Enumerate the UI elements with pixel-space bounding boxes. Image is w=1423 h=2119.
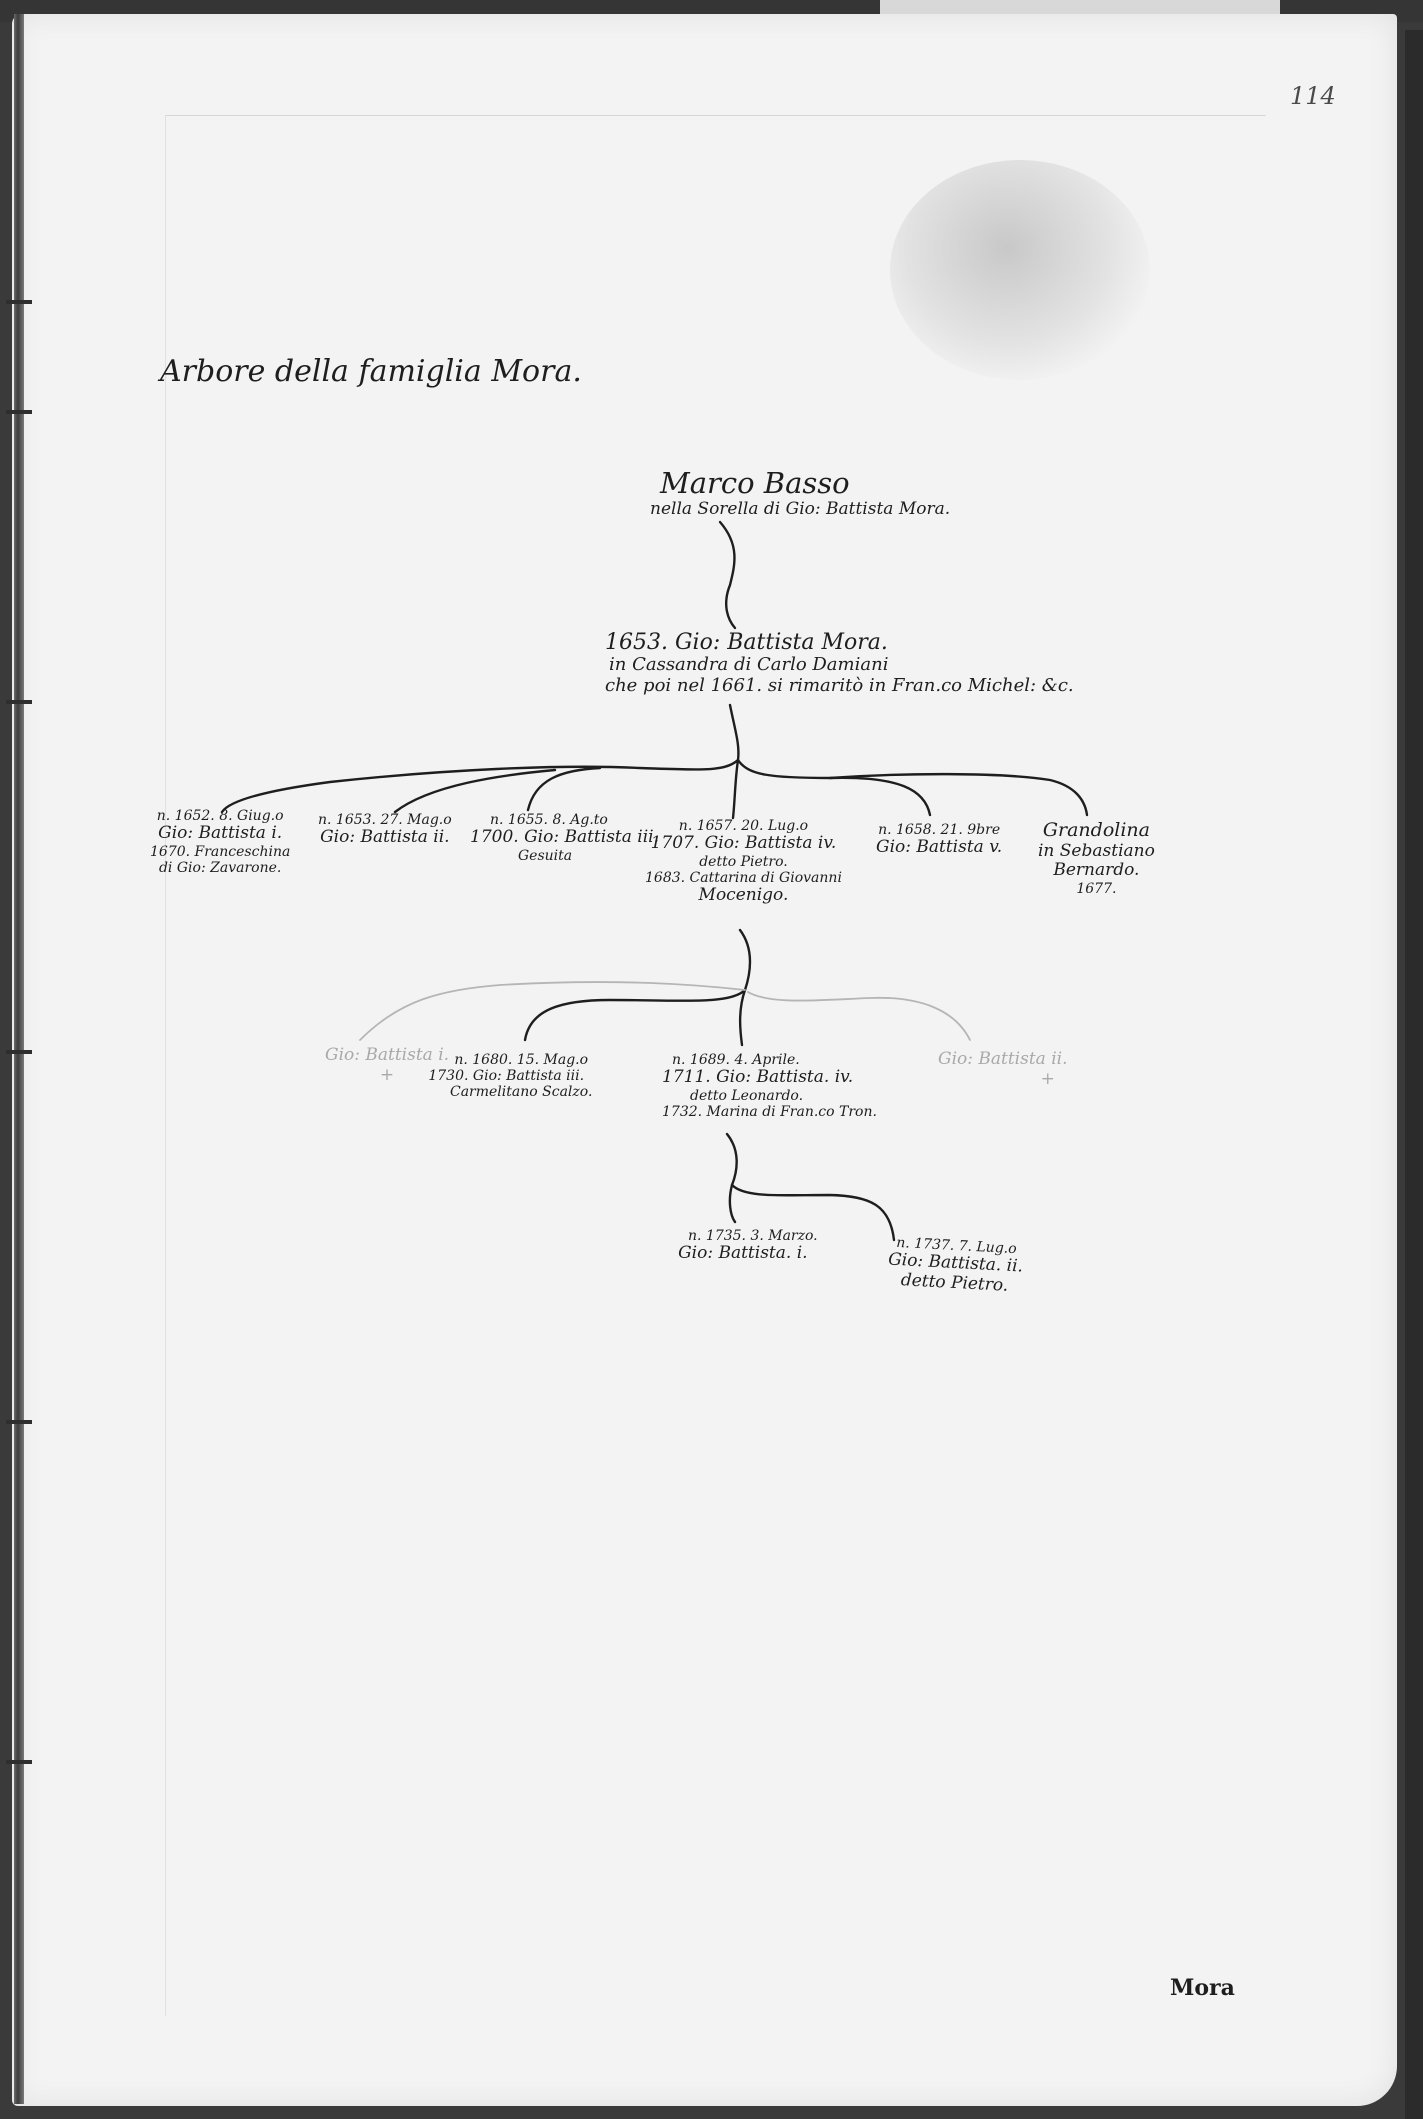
gen3-name: Gio: Battista v. — [876, 838, 1002, 858]
tree-gen4-node-2: n. 1680. 15. Mag.o 1730. Gio: Battista i… — [420, 1052, 592, 1100]
gen3-name: Gio: Battista ii. — [318, 828, 452, 848]
gen3-spouse: Bernardo. — [1038, 861, 1155, 881]
gen4-name: Gio: Battista iii. — [473, 1068, 584, 1084]
tree-gen3-node-1: n. 1652. 8. Giug.o Gio: Battista i. 1670… — [150, 808, 290, 876]
gen4-death: 1711. — [662, 1067, 711, 1087]
gen3-marriage: 1683. Cattarina di Giovanni — [645, 870, 842, 886]
gen3-birth: n. 1652. 8. Giug.o — [150, 808, 290, 824]
gen3-name: Grandolina — [1038, 820, 1155, 842]
gen2-name: 1653. Gio: Battista Mora. — [605, 630, 1074, 655]
gen3-birth: n. 1655. 8. Ag.to — [470, 812, 659, 828]
gen4-alias: detto Leonardo. — [662, 1088, 877, 1104]
footer-family-label: Mora — [1170, 1976, 1235, 2001]
gen4-death: 1730. — [428, 1068, 468, 1084]
gen3-note: Gesuita — [470, 848, 659, 864]
gen4-name: Gio: Battista ii. — [938, 1050, 1067, 1070]
tree-root-name: Marco Basso — [660, 467, 850, 500]
gen5-name: Gio: Battista. i. — [668, 1244, 818, 1264]
tree-gen5-node-1: n. 1735. 3. Marzo. Gio: Battista. i. — [668, 1228, 818, 1264]
gen3-marriage: 1670. Franceschina — [150, 844, 290, 860]
gen4-marriage: 1732. Marina di Fran.co Tron. — [662, 1104, 877, 1120]
gen3-death: 1707. — [651, 833, 700, 853]
tree-root-note: nella Sorella di Gio: Battista Mora. — [650, 500, 950, 520]
gen2-marriage: in Cassandra di Carlo Damiani — [605, 655, 1074, 676]
death-cross-icon: + — [938, 1070, 1067, 1090]
gen5-birth: n. 1735. 3. Marzo. — [668, 1228, 818, 1244]
tree-gen4-node-3: n. 1689. 4. Aprile. 1711. Gio: Battista.… — [662, 1052, 877, 1120]
gen3-alias: detto Pietro. — [645, 854, 842, 870]
gen3-birth: n. 1657. 20. Lug.o — [645, 818, 842, 834]
tree-gen3-node-6: Grandolina in Sebastiano Bernardo. 1677. — [1038, 820, 1155, 897]
tree-gen3-node-5: n. 1658. 21. 9bre Gio: Battista v. — [876, 822, 1002, 858]
tree-gen4-node-4: Gio: Battista ii. + — [938, 1050, 1067, 1089]
gen3-birth: n. 1653. 27. Mag.o — [318, 812, 452, 828]
gen4-note: Carmelitano Scalzo. — [420, 1084, 592, 1100]
gen3-death: 1700. — [470, 827, 519, 847]
gen3-name: Gio: Battista iv. — [705, 833, 837, 853]
gen3-birth: n. 1658. 21. 9bre — [876, 822, 1002, 838]
gen3-name: Gio: Battista iii. — [524, 827, 659, 847]
tree-gen3-node-3: n. 1655. 8. Ag.to 1700. Gio: Battista ii… — [470, 812, 659, 864]
gen4-birth: n. 1689. 4. Aprile. — [662, 1052, 877, 1068]
tree-gen3-node-2: n. 1653. 27. Mag.o Gio: Battista ii. — [318, 812, 452, 848]
gen2-note: che poi nel 1661. si rimaritò in Fran.co… — [605, 676, 1074, 697]
tree-gen3-node-4: n. 1657. 20. Lug.o 1707. Gio: Battista i… — [645, 818, 842, 905]
gen3-name: Gio: Battista i. — [150, 824, 290, 844]
gen4-birth: n. 1680. 15. Mag.o — [420, 1052, 592, 1068]
gen3-marriage: in Sebastiano — [1038, 842, 1155, 862]
gen3-spouse: Mocenigo. — [645, 886, 842, 906]
gen3-spouse: di Gio: Zavarone. — [150, 860, 290, 876]
tree-gen2-node: 1653. Gio: Battista Mora. in Cassandra d… — [605, 630, 1074, 697]
gen4-name: Gio: Battista. iv. — [716, 1067, 853, 1087]
gen3-year: 1677. — [1038, 881, 1155, 897]
tree-gen5-node-2: n. 1737. 7. Lug.o Gio: Battista. ii. det… — [887, 1235, 1025, 1297]
